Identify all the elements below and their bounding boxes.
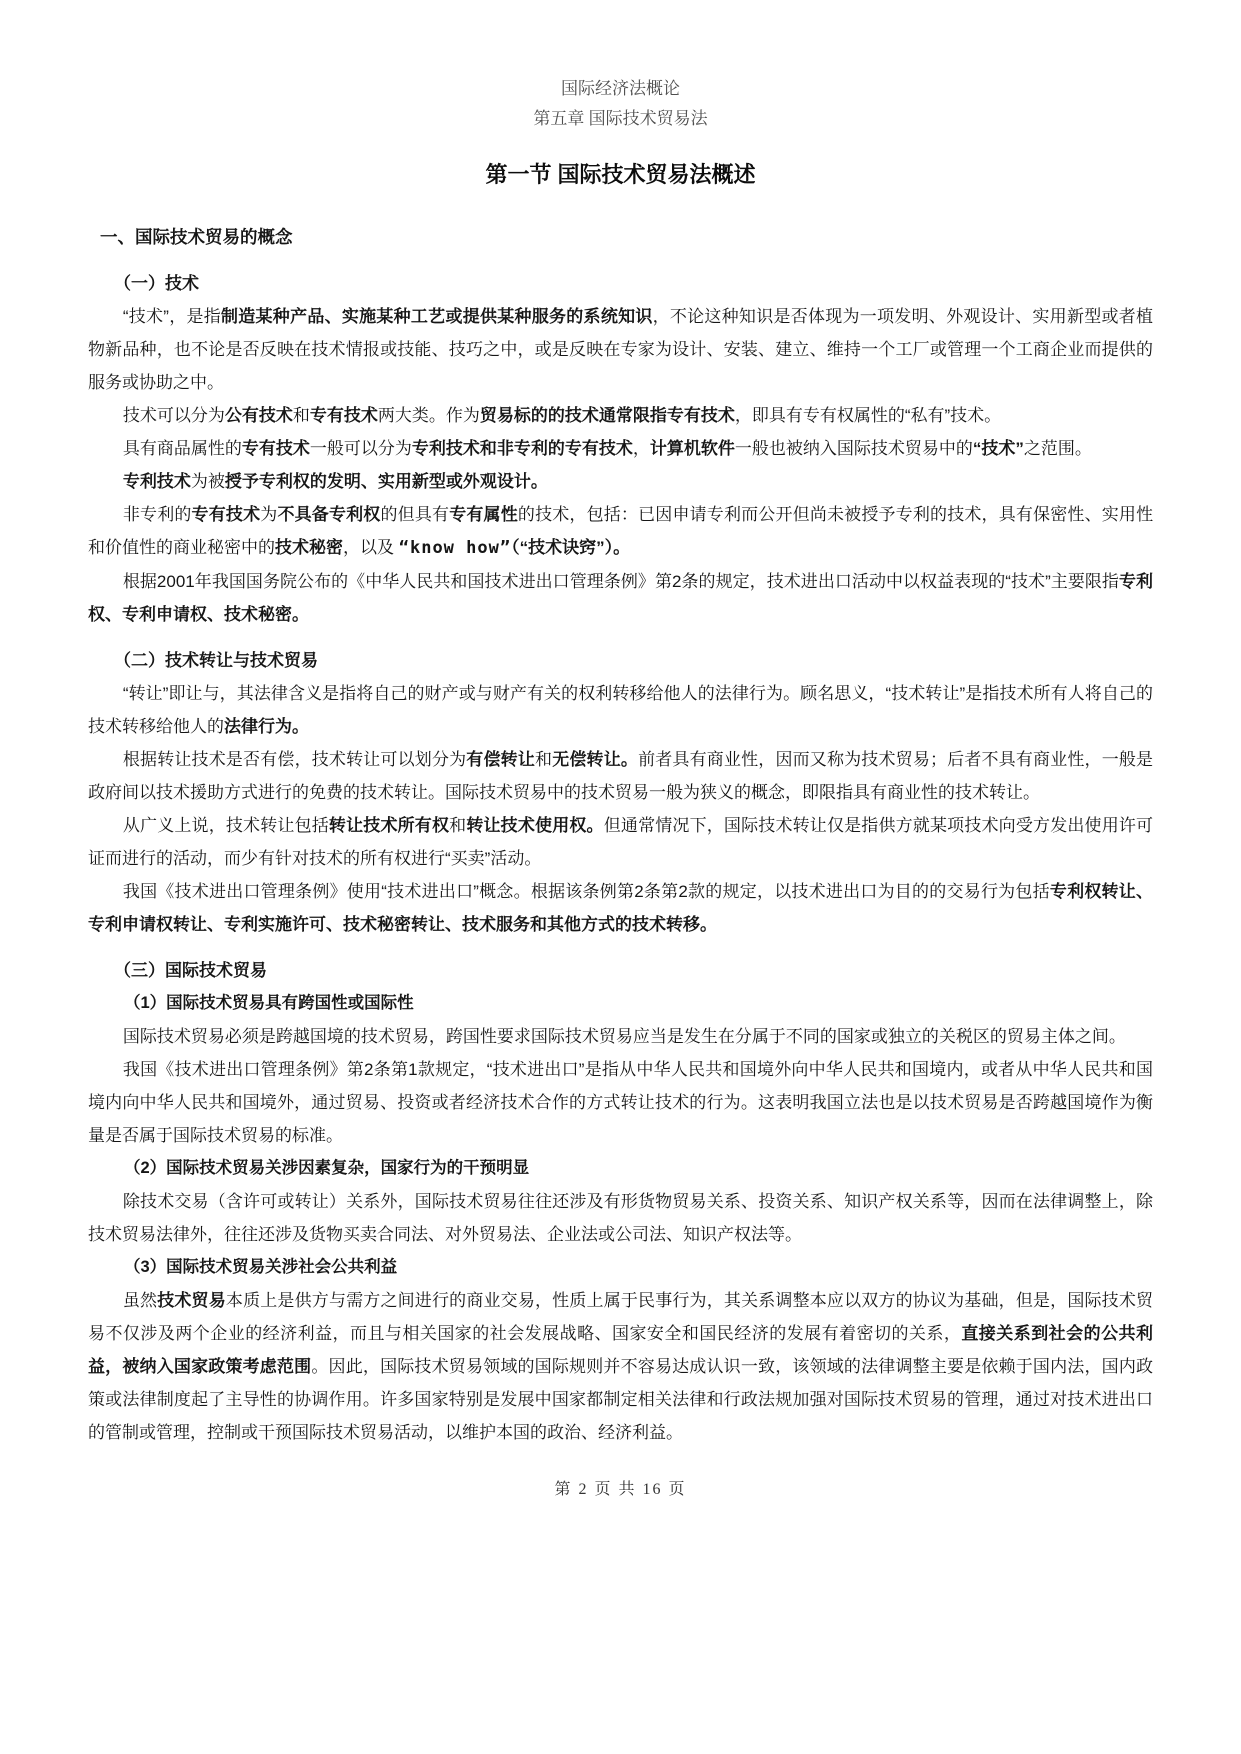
section-title: 第一节 国际技术贸易法概述 [88, 161, 1153, 189]
bold-text-run: 贸易标的的技术通常限指专有技术 [480, 406, 735, 425]
bold-text-run: 无偿转让。 [552, 750, 638, 769]
bold-text-run: 专利技术 [123, 472, 191, 491]
heading-h2: （一）技术 [114, 267, 1153, 300]
text-run: “技术”，是指 [123, 307, 221, 326]
heading-h2: （三）国际技术贸易 [114, 954, 1153, 987]
text-run: （2）国际技术贸易关涉因素复杂，国家行为的干预明显 [124, 1159, 529, 1177]
text-run: 虽然 [123, 1291, 157, 1310]
bold-text-run: 技术秘密 [275, 538, 343, 557]
paragraph: 根据2001年我国国务院公布的《中华人民共和国技术进出口管理条例》第2条的规定，… [88, 565, 1153, 631]
bold-text-run: 有偿转让 [466, 750, 535, 769]
document-body: 一、国际技术贸易的概念（一）技术“技术”，是指制造某种产品、实施某种工艺或提供某… [88, 221, 1153, 1449]
text-run: 两大类。作为 [378, 406, 480, 425]
heading-h3: （1）国际技术贸易具有跨国性或国际性 [124, 987, 1153, 1020]
bold-text-run: 制造某种产品、实施某种工艺或提供某种服务的系统知识 [221, 307, 653, 326]
bold-text-run: 技术贸易 [157, 1291, 226, 1310]
heading-h3: （3）国际技术贸易关涉社会公共利益 [124, 1251, 1153, 1284]
text-run: 国际技术贸易必须是跨越国境的技术贸易，跨国性要求国际技术贸易应当是发生在分属于不… [123, 1027, 1126, 1046]
header-chapter-title: 第五章 国际技术贸易法 [88, 104, 1153, 134]
text-run: 和 [293, 406, 310, 425]
text-run: 和 [449, 816, 466, 835]
paragraph: 我国《技术进出口管理条例》第2条第1款规定，“技术进出口”是指从中华人民共和国境… [88, 1053, 1153, 1152]
bold-text-run: “know how” [399, 538, 511, 558]
text-run: ，即具有专有权属性的“私有”技术。 [735, 406, 1001, 425]
text-run: 根据转让技术是否有偿，技术转让可以划分为 [123, 750, 466, 769]
paragraph: 非专利的专有技术为不具备专利权的但具有专有属性的技术，包括：已因申请专利而公开但… [88, 498, 1153, 565]
bold-text-run: “技术” [973, 439, 1024, 458]
text-run: ， [633, 439, 650, 458]
text-run: 技术可以分为 [123, 406, 225, 425]
text-run: 根据2001年我国国务院公布的《中华人民共和国技术进出口管理条例》第2条的规定，… [123, 572, 1119, 591]
text-run: 从广义上说，技术转让包括 [123, 816, 329, 835]
paragraph: “技术”，是指制造某种产品、实施某种工艺或提供某种服务的系统知识，不论这种知识是… [88, 300, 1153, 399]
text-run: 一、国际技术贸易的概念 [100, 227, 293, 247]
paragraph: “转让”即让与，其法律含义是指将自己的财产或与财产有关的权利转移给他人的法律行为… [88, 677, 1153, 743]
text-run: （一）技术 [114, 274, 199, 293]
bold-text-run: 授予专利权的发明、实用新型或外观设计。 [225, 472, 548, 491]
text-run: （3）国际技术贸易关涉社会公共利益 [124, 1258, 397, 1276]
text-run: 非专利的 [123, 505, 192, 524]
bold-text-run: （“技术诀窍”）。 [511, 538, 630, 557]
heading-h3: （2）国际技术贸易关涉因素复杂，国家行为的干预明显 [124, 1152, 1153, 1185]
document-page: 国际经济法概论 第五章 国际技术贸易法 第一节 国际技术贸易法概述 一、国际技术… [0, 0, 1241, 1754]
bold-text-run: 专有技术 [310, 406, 378, 425]
text-run: 我国《技术进出口管理条例》第2条第1款规定，“技术进出口”是指从中华人民共和国境… [88, 1060, 1153, 1145]
text-run: 之范围。 [1024, 439, 1092, 458]
paragraph: 虽然技术贸易本质上是供方与需方之间进行的商业交易，性质上属于民事行为，其关系调整… [88, 1284, 1153, 1449]
text-run: 为 [260, 505, 277, 524]
paragraph: 除技术交易（含许可或转让）关系外，国际技术贸易往往还涉及有形货物贸易关系、投资关… [88, 1185, 1153, 1251]
paragraph: 根据转让技术是否有偿，技术转让可以划分为有偿转让和无偿转让。前者具有商业性，因而… [88, 743, 1153, 809]
text-run: 一般也被纳入国际技术贸易中的 [735, 439, 973, 458]
document-header: 国际经济法概论 第五章 国际技术贸易法 [88, 74, 1153, 134]
bold-text-run: 专有技术 [192, 505, 261, 524]
text-run: 除技术交易（含许可或转让）关系外，国际技术贸易往往还涉及有形货物贸易关系、投资关… [88, 1192, 1153, 1244]
paragraph: 从广义上说，技术转让包括转让技术所有权和转让技术使用权。但通常情况下，国际技术转… [88, 809, 1153, 875]
text-run: ，以及 [343, 538, 399, 557]
bold-text-run: 专有技术 [242, 439, 310, 458]
page-number-footer: 第 2 页 共 16 页 [0, 1476, 1241, 1499]
paragraph: 专利技术为被授予专利权的发明、实用新型或外观设计。 [88, 465, 1153, 498]
bold-text-run: 专利技术和非专利的专有技术 [412, 439, 633, 458]
bold-text-run: 公有技术 [225, 406, 293, 425]
bold-text-run: 专有属性 [449, 505, 518, 524]
paragraph: 具有商品属性的专有技术一般可以分为专利技术和非专利的专有技术，计算机软件一般也被… [88, 432, 1153, 465]
bold-text-run: 转让技术使用权。 [466, 816, 603, 835]
text-run: （二）技术转让与技术贸易 [114, 651, 318, 670]
text-run: 具有商品属性的 [123, 439, 242, 458]
paragraph: 技术可以分为公有技术和专有技术两大类。作为贸易标的的技术通常限指专有技术，即具有… [88, 399, 1153, 432]
heading-h2: （二）技术转让与技术贸易 [114, 644, 1153, 677]
text-run: 和 [535, 750, 552, 769]
bold-text-run: 不具备专利权 [277, 505, 380, 524]
paragraph: 国际技术贸易必须是跨越国境的技术贸易，跨国性要求国际技术贸易应当是发生在分属于不… [88, 1020, 1153, 1053]
heading-h1: 一、国际技术贸易的概念 [100, 221, 1153, 254]
text-run: 的但具有 [380, 505, 449, 524]
text-run: （三）国际技术贸易 [114, 961, 267, 980]
bold-text-run: 转让技术所有权 [329, 816, 449, 835]
text-run: 一般可以分为 [310, 439, 412, 458]
bold-text-run: 法律行为。 [224, 717, 309, 736]
bold-text-run: 计算机软件 [650, 439, 735, 458]
text-run: 我国《技术进出口管理条例》使用“技术进出口”概念。根据该条例第2条第2款的规定，… [123, 882, 1050, 901]
paragraph: 我国《技术进出口管理条例》使用“技术进出口”概念。根据该条例第2条第2款的规定，… [88, 875, 1153, 941]
header-course-title: 国际经济法概论 [88, 74, 1153, 104]
text-run: （1）国际技术贸易具有跨国性或国际性 [124, 994, 414, 1012]
text-run: 为被 [191, 472, 225, 491]
